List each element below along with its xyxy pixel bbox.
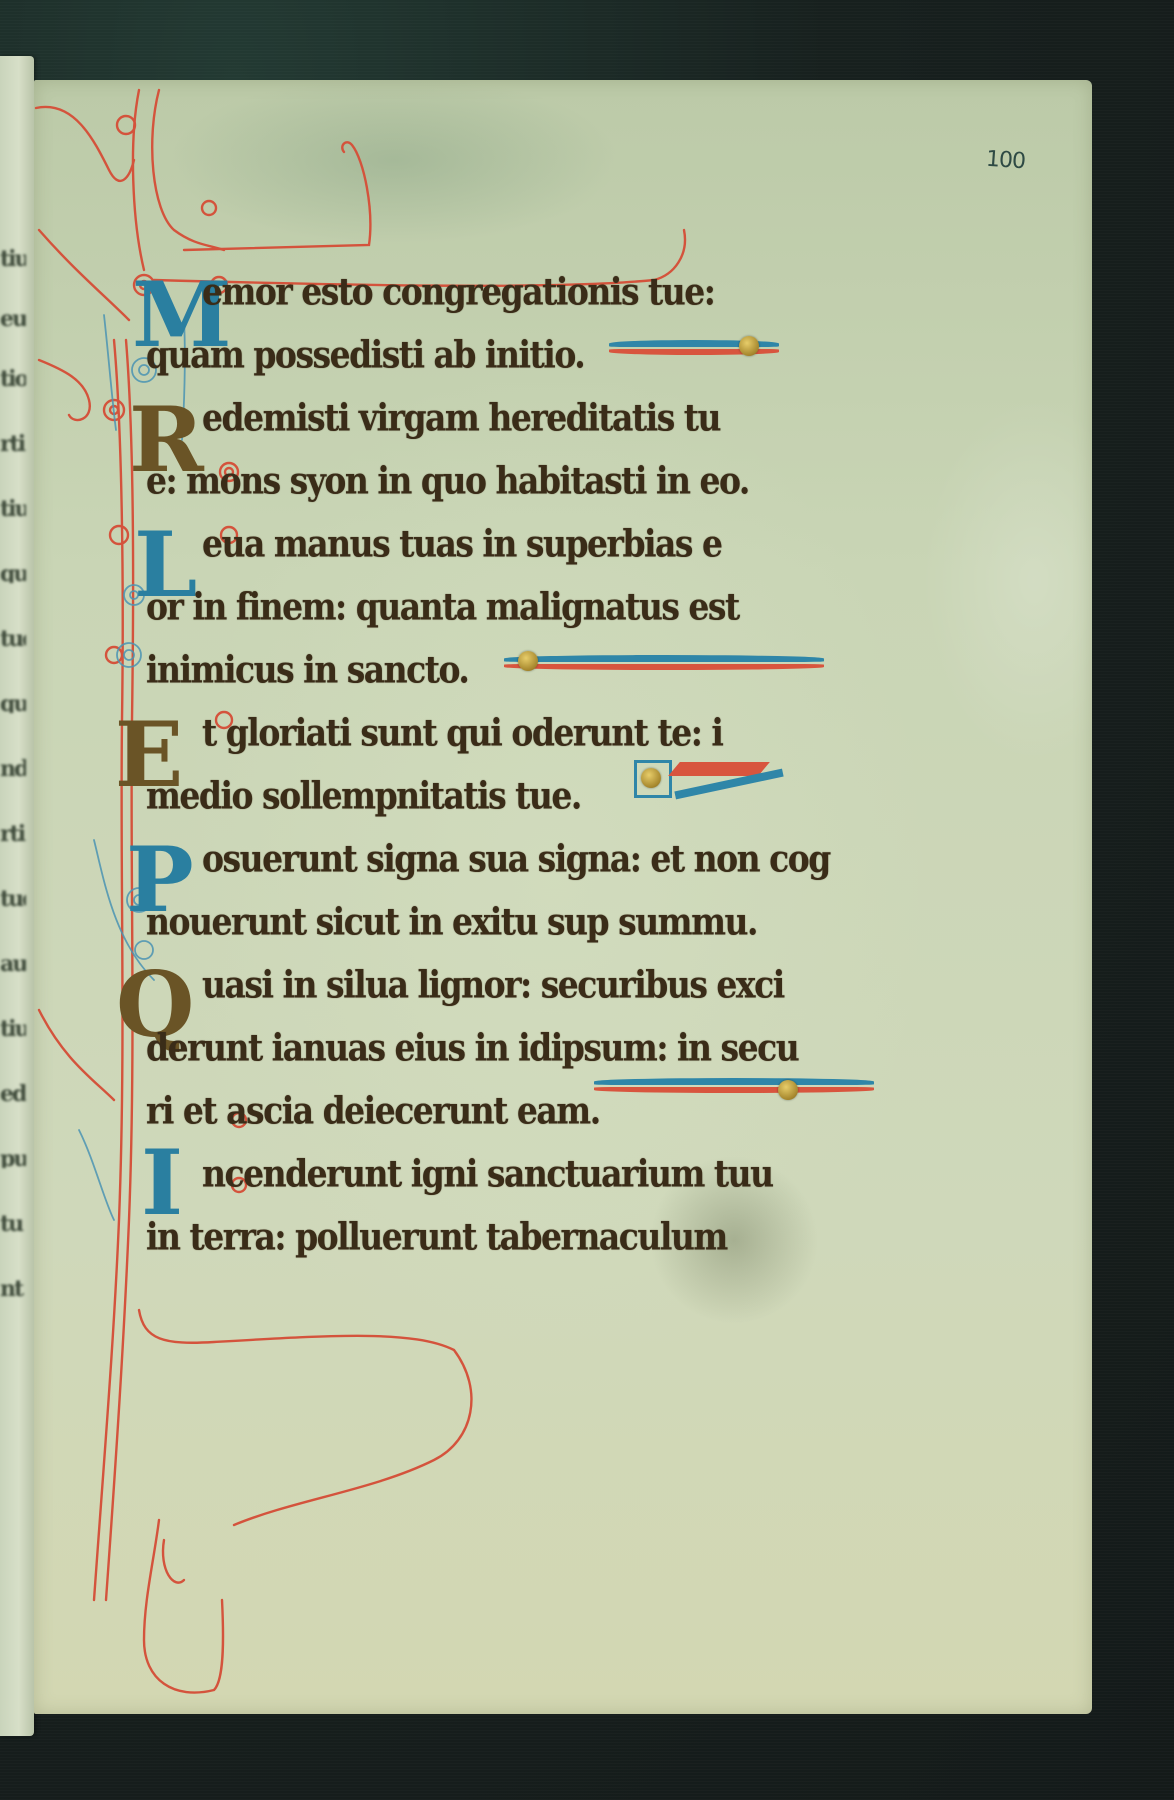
facing-page-edge: tiu eu tio rti tiu qu tud qu nd rti tud … [0, 56, 34, 1736]
facing-text-fragment: ed [0, 1081, 26, 1103]
text-line-8: t gloriati sunt qui oderunt te: i [202, 711, 722, 755]
psalm-text-block: emor esto congregationis tue: quam posse… [34, 80, 1092, 1714]
facing-text-fragment: tud [0, 626, 26, 648]
facing-text-fragment: rti [0, 821, 26, 843]
facing-text-fragment: nd [0, 756, 26, 778]
text-line-10: osuerunt signa sua signa: et non cog [202, 837, 830, 881]
text-line-13: derunt ianuas eius in idipsum: in secu [146, 1026, 798, 1070]
facing-text-fragment: tud [0, 886, 26, 908]
text-line-14: ri et ascia deiecerunt eam. [146, 1089, 600, 1133]
text-line-5: eua manus tuas in superbias e [202, 522, 722, 566]
text-line-15: ncenderunt igni sanctuarium tuu [202, 1152, 773, 1196]
text-line-1: emor esto congregationis tue: [202, 270, 714, 314]
text-line-3: edemisti virgam hereditatis tu [202, 396, 720, 440]
facing-text-fragment: au [0, 951, 26, 973]
text-line-7: inimicus in sancto. [146, 648, 468, 692]
text-line-6: or in finem: quanta malignatus est [146, 585, 739, 629]
facing-text-fragment: tiu [0, 496, 26, 518]
manuscript-leaf: 100 M R L E P Q I emor esto congregation… [34, 80, 1092, 1714]
facing-text-fragment: qu [0, 691, 26, 713]
facing-text-fragment: tu [0, 1211, 26, 1233]
text-line-4: e: mons syon in quo habitasti in eo. [146, 459, 749, 503]
facing-text-fragment: tiu [0, 246, 26, 268]
facing-text-fragment: eu [0, 306, 26, 328]
text-line-12: uasi in silua lignor: securibus exci [202, 963, 784, 1007]
facing-text-fragment: pu [0, 1146, 26, 1168]
text-line-11: nouerunt sicut in exitu sup summu. [146, 900, 757, 944]
facing-text-fragment: qu [0, 561, 26, 583]
text-line-9: medio sollempnitatis tue. [146, 774, 581, 818]
text-line-16: in terra: polluerunt tabernaculum [146, 1215, 727, 1259]
facing-text-fragment: nt [0, 1276, 26, 1298]
facing-text-fragment: rti [0, 431, 26, 453]
text-line-2: quam possedisti ab initio. [146, 333, 584, 377]
facing-text-fragment: tiu [0, 1016, 26, 1038]
facing-text-fragment: tio [0, 366, 26, 388]
